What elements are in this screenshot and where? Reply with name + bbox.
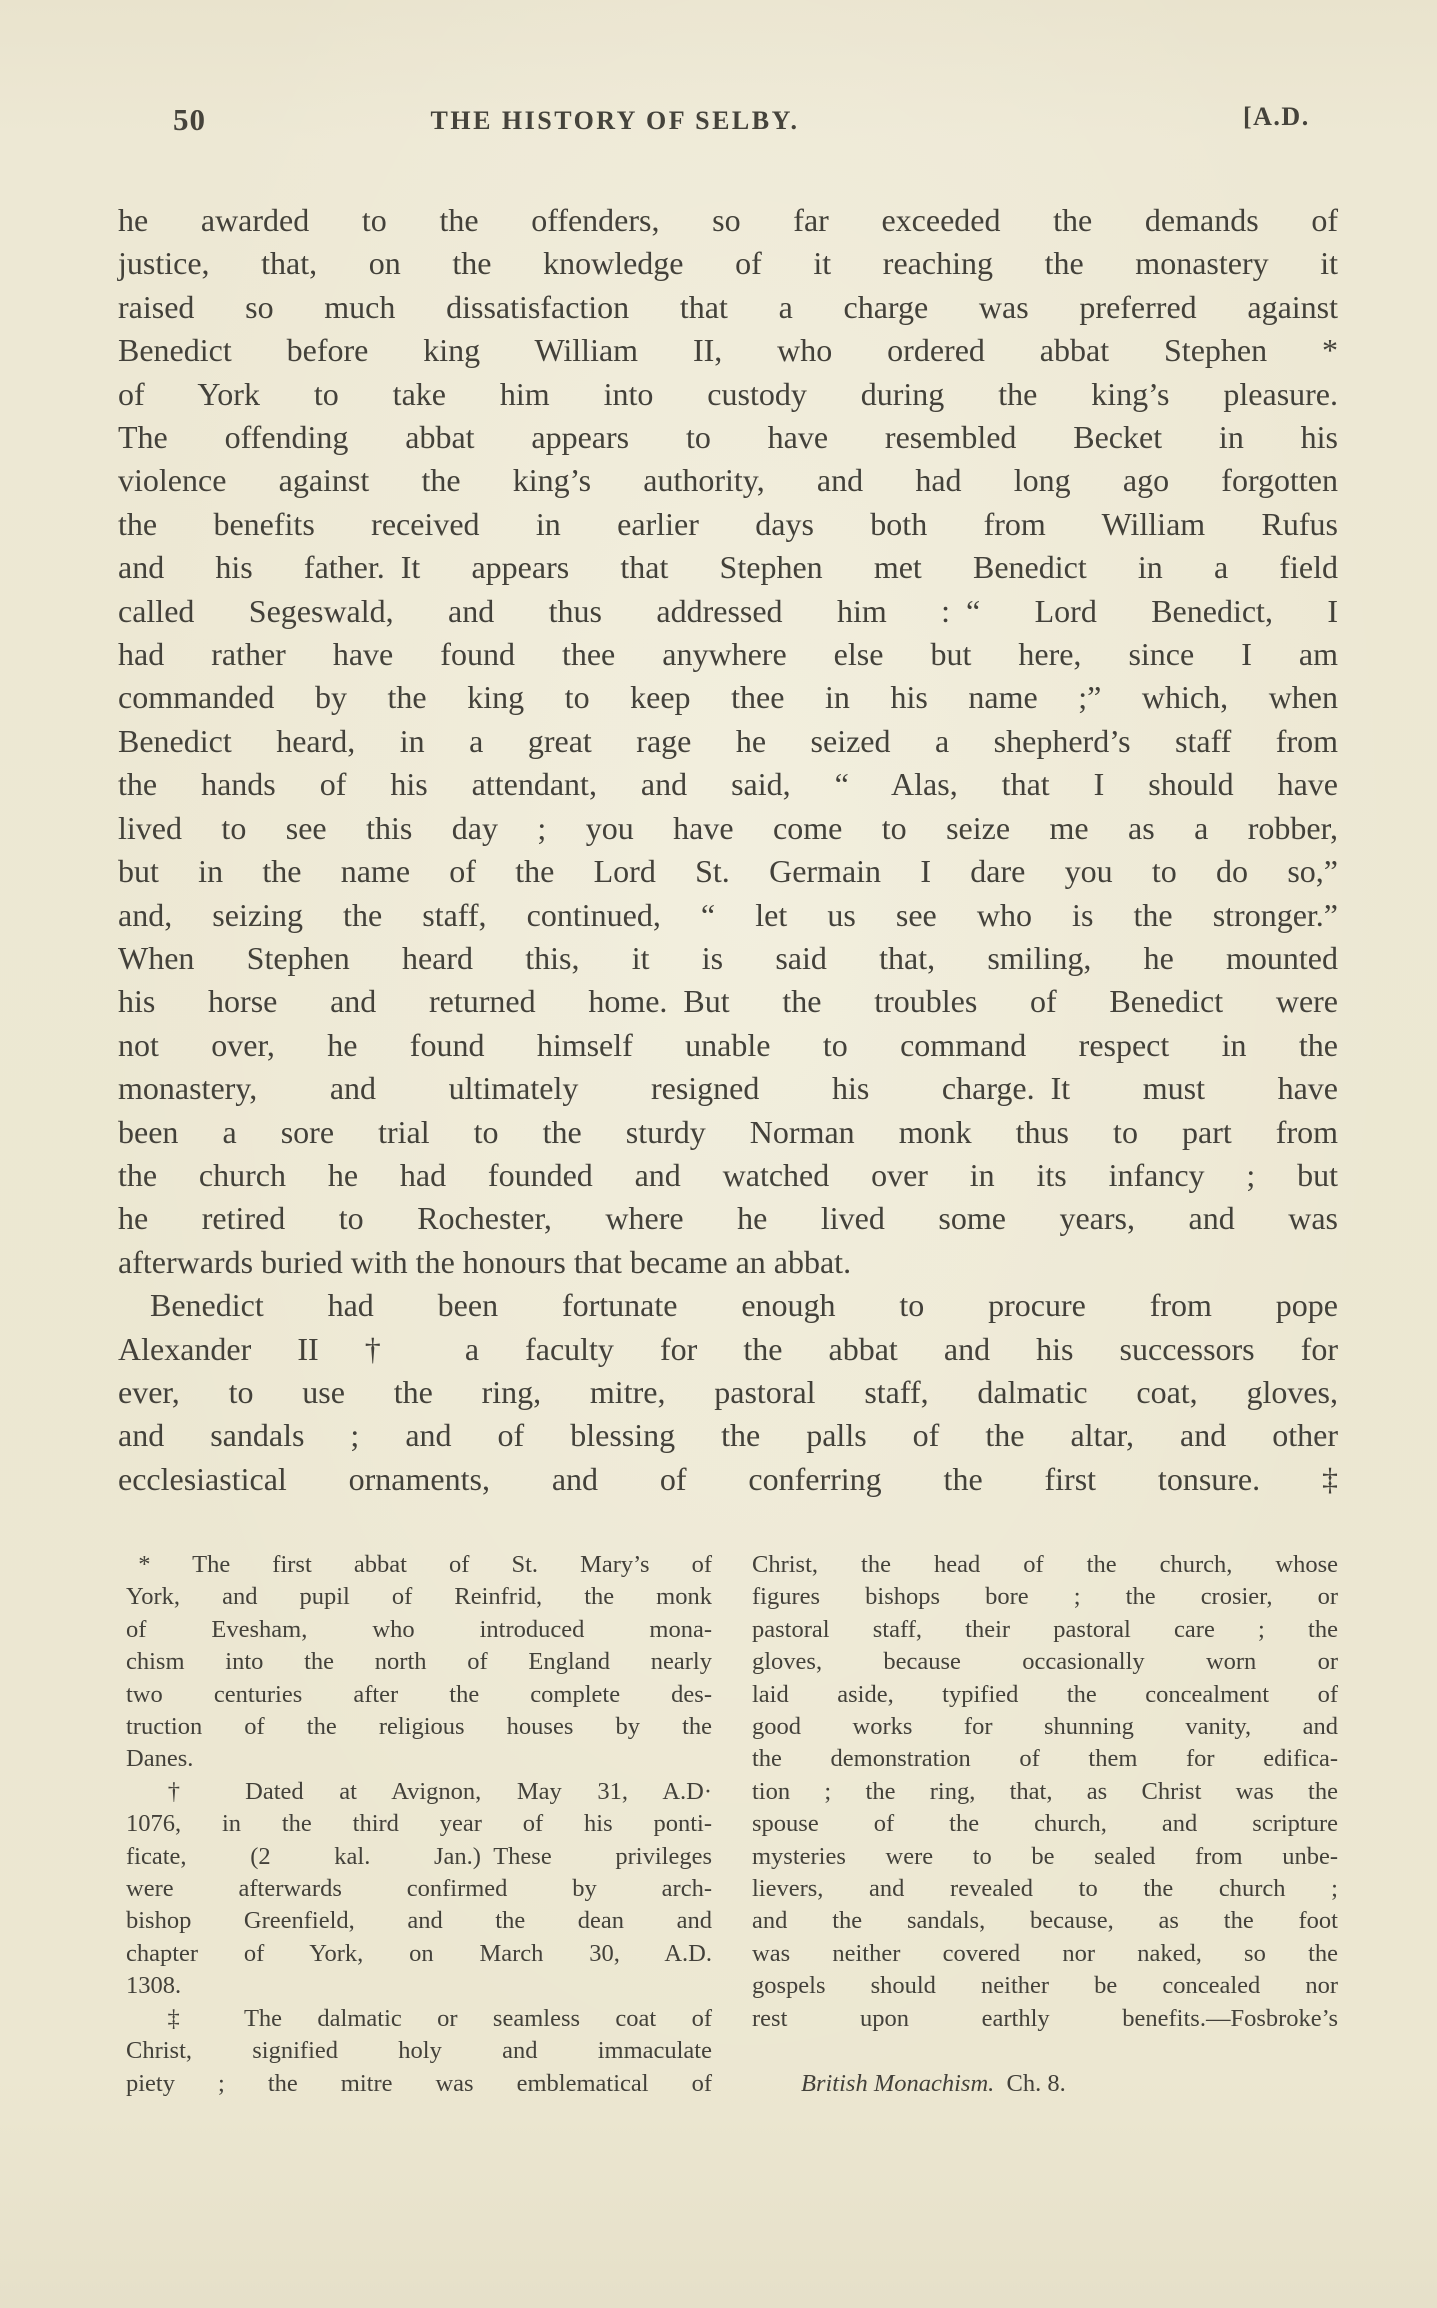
footnote-line: spouse of the church, and scripture (752, 1808, 1338, 1840)
citation-chapter: Ch. 8. (994, 2070, 1065, 2097)
footnote-line: York, and pupil of Reinfrid, the monk (126, 1581, 712, 1613)
footnote-citation-line: British Monachism. Ch. 8. (752, 2035, 1338, 2132)
footnote-line: 1076, in the third year of his ponti- (126, 1808, 712, 1840)
text-line: The offending abbat appears to have rese… (118, 416, 1338, 459)
page-number: 50 (173, 102, 206, 138)
text-line: Benedict had been fortunate enough to pr… (118, 1284, 1338, 1327)
page-header: 50 THE HISTORY OF SELBY. [A.D. (0, 0, 1437, 160)
footnote-line: chism into the north of England nearly (126, 1646, 712, 1678)
footnote-line: gospels should neither be concealed nor (752, 1970, 1338, 2002)
text-line: and, seizing the staff, continued, “ let… (118, 894, 1338, 937)
text-line: raised so much dissatisfaction that a ch… (118, 286, 1338, 329)
footnote-right-lines: Christ, the head of the church, whosefig… (752, 1549, 1338, 2035)
footnote-column-right: Christ, the head of the church, whosefig… (752, 1549, 1338, 2132)
text-line: the church he had founded and watched ov… (118, 1154, 1338, 1197)
text-line: justice, that, on the knowledge of it re… (118, 242, 1338, 285)
footnote-line: ‡ The dalmatic or seamless coat of (126, 2003, 712, 2035)
footnote-line: tion ; the ring, that, as Christ was the (752, 1776, 1338, 1808)
footnote-line: † Dated at Avignon, May 31, A.D· (126, 1776, 712, 1808)
text-line: afterwards buried with the honours that … (118, 1241, 1338, 1284)
footnote-line: chapter of York, on March 30, A.D. (126, 1938, 712, 1970)
citation-work-title: British Monachism. (801, 2070, 994, 2097)
text-line: not over, he found himself unable to com… (118, 1024, 1338, 1067)
text-line: When Stephen heard this, it is said that… (118, 937, 1338, 980)
footnote-line: lievers, and revealed to the church ; (752, 1873, 1338, 1905)
text-line: and his father. It appears that Stephen … (118, 546, 1338, 589)
footnote-line: were afterwards confirmed by arch- (126, 1873, 712, 1905)
paragraph-papal-faculty: Benedict had been fortunate enough to pr… (118, 1284, 1338, 1501)
running-title: THE HISTORY OF SELBY. (431, 106, 800, 136)
text-line: Benedict before king William II, who ord… (118, 329, 1338, 372)
text-line: had rather have found thee anywhere else… (118, 633, 1338, 676)
footnote-line: of Evesham, who introduced mona- (126, 1614, 712, 1646)
text-line: but in the name of the Lord St. Germain … (118, 850, 1338, 893)
footnote-line: mysteries were to be sealed from unbe- (752, 1841, 1338, 1873)
footnote-line: laid aside, typified the concealment of (752, 1679, 1338, 1711)
footnote-column-left: * The first abbat of St. Mary’s ofYork, … (126, 1549, 712, 2132)
footnote-line: bishop Greenfield, and the dean and (126, 1905, 712, 1937)
text-line: ecclesiastical ornaments, and of conferr… (118, 1458, 1338, 1501)
footnote-line: was neither covered nor naked, so the (752, 1938, 1338, 1970)
footnote-line: Christ, the head of the church, whose (752, 1549, 1338, 1581)
text-line: commanded by the king to keep thee in hi… (118, 676, 1338, 719)
text-line: Benedict heard, in a great rage he seize… (118, 720, 1338, 763)
text-line: his horse and returned home. But the tro… (118, 980, 1338, 1023)
footnote-line: good works for shunning vanity, and (752, 1711, 1338, 1743)
book-page-scan: 50 THE HISTORY OF SELBY. [A.D. he awarde… (0, 0, 1437, 2308)
footnote-line: pastoral staff, their pastoral care ; th… (752, 1614, 1338, 1646)
footnote-line: Danes. (126, 1743, 712, 1775)
header-date-note: [A.D. (1243, 102, 1310, 132)
text-line: of York to take him into custody during … (118, 373, 1338, 416)
text-line: Alexander II † a faculty for the abbat a… (118, 1328, 1338, 1371)
paragraph-benedict-trial: he awarded to the offenders, so far exce… (118, 199, 1338, 1284)
text-line: called Segeswald, and thus addressed him… (118, 590, 1338, 633)
text-line: the benefits received in earlier days bo… (118, 503, 1338, 546)
text-line: been a sore trial to the sturdy Norman m… (118, 1111, 1338, 1154)
footnote-line: * The first abbat of St. Mary’s of (126, 1549, 712, 1581)
text-line: he retired to Rochester, where he lived … (118, 1197, 1338, 1240)
text-line: monastery, and ultimately resigned his c… (118, 1067, 1338, 1110)
footnote-line: gloves, because occasionally worn or (752, 1646, 1338, 1678)
text-line: the hands of his attendant, and said, “ … (118, 763, 1338, 806)
text-line: he awarded to the offenders, so far exce… (118, 199, 1338, 242)
footnote-line: 1308. (126, 1970, 712, 2002)
footnote-line: rest upon earthly benefits.—Fosbroke’s (752, 2003, 1338, 2035)
text-line: violence against the king’s authority, a… (118, 459, 1338, 502)
text-line: lived to see this day ; you have come to… (118, 807, 1338, 850)
footnote-line: ficate, (2 kal. Jan.) These privileges (126, 1841, 712, 1873)
footnote-line: Christ, signified holy and immaculate (126, 2035, 712, 2067)
footnote-line: truction of the religious houses by the (126, 1711, 712, 1743)
footnote-line: the demonstration of them for edifica- (752, 1743, 1338, 1775)
text-line: and sandals ; and of blessing the palls … (118, 1414, 1338, 1457)
footnote-line: and the sandals, because, as the foot (752, 1905, 1338, 1937)
main-text: he awarded to the offenders, so far exce… (118, 199, 1338, 1501)
footnote-line: piety ; the mitre was emblematical of (126, 2068, 712, 2100)
footnote-line: figures bishops bore ; the crosier, or (752, 1581, 1338, 1613)
footnotes-section: * The first abbat of St. Mary’s ofYork, … (126, 1549, 1338, 2132)
footnote-line: two centuries after the complete des- (126, 1679, 712, 1711)
text-line: ever, to use the ring, mitre, pastoral s… (118, 1371, 1338, 1414)
